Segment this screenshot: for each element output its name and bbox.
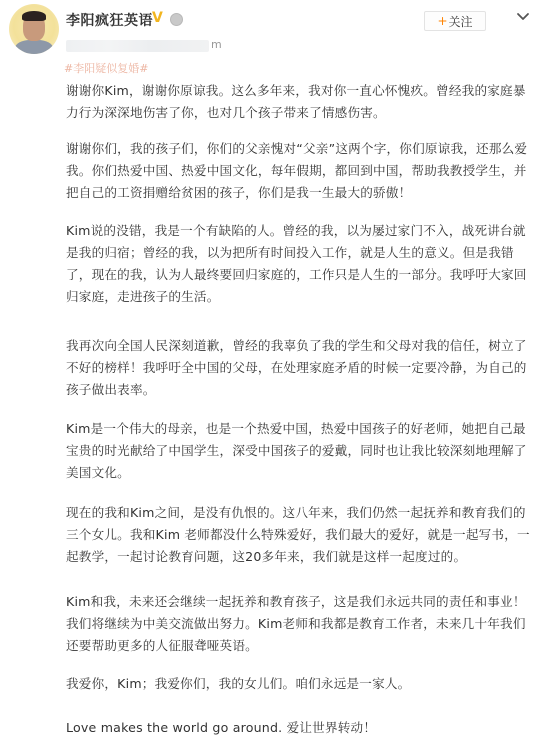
paragraph-5: Kim是一个伟大的母亲，也是一个热爱中国，热爱中国孩子的好老师，她把自己最宝贵的…: [66, 418, 536, 484]
blurred-timestamp: [66, 40, 209, 52]
avatar-hair: [22, 11, 46, 21]
paragraph-6: 现在的我和Kim之间，是没有仇恨的。这八年来，我们仍然一起抚养和教育我们的三个女…: [66, 502, 536, 568]
paragraph-7: Kim和我，未来还会继续一起抚养和教育孩子，这是我们永远共同的责任和事业！我们将…: [66, 591, 536, 657]
avatar-shirt: [15, 40, 53, 54]
source-text-tail: m: [211, 38, 222, 51]
user-name[interactable]: 李阳疯狂英语: [66, 10, 153, 30]
plus-icon: +: [437, 14, 447, 28]
paragraph-8: 我爱你，Kim；我爱你们，我的女儿们。咱们永远是一家人。: [66, 673, 536, 695]
member-level-icon: [170, 13, 183, 26]
chevron-down-icon[interactable]: [516, 10, 530, 24]
post-source-line: m: [66, 38, 216, 52]
follow-button[interactable]: + 关注: [424, 11, 486, 31]
follow-label: 关注: [449, 13, 473, 30]
weibo-post: 李阳疯狂英语 V m #李阳疑似复婚# + 关注 谢谢你Kim，谢谢你原谅我。这…: [0, 0, 550, 742]
paragraph-9: Love makes the world go around. 爱让世界转动！: [66, 717, 536, 739]
paragraph-4: 我再次向全国人民深刻道歉，曾经的我辜负了我的学生和父母对我的信任，树立了不好的榜…: [66, 335, 536, 401]
paragraph-2: 谢谢你们，我的孩子们，你们的父亲愧对“父亲”这两个字，你们原谅我，还那么爱我。你…: [66, 138, 536, 204]
avatar[interactable]: [9, 4, 59, 54]
verified-icon: V: [152, 10, 163, 26]
paragraph-3: Kim说的没错，我是一个有缺陷的人。曾经的我，以为屡过家门不入，战死讲台就是我的…: [66, 220, 536, 308]
hashtag-link[interactable]: #李阳疑似复婚#: [64, 60, 148, 76]
paragraph-1: 谢谢你Kim，谢谢你原谅我。这么多年来，我对你一直心怀愧疚。曾经我的家庭暴力行为…: [66, 80, 536, 124]
